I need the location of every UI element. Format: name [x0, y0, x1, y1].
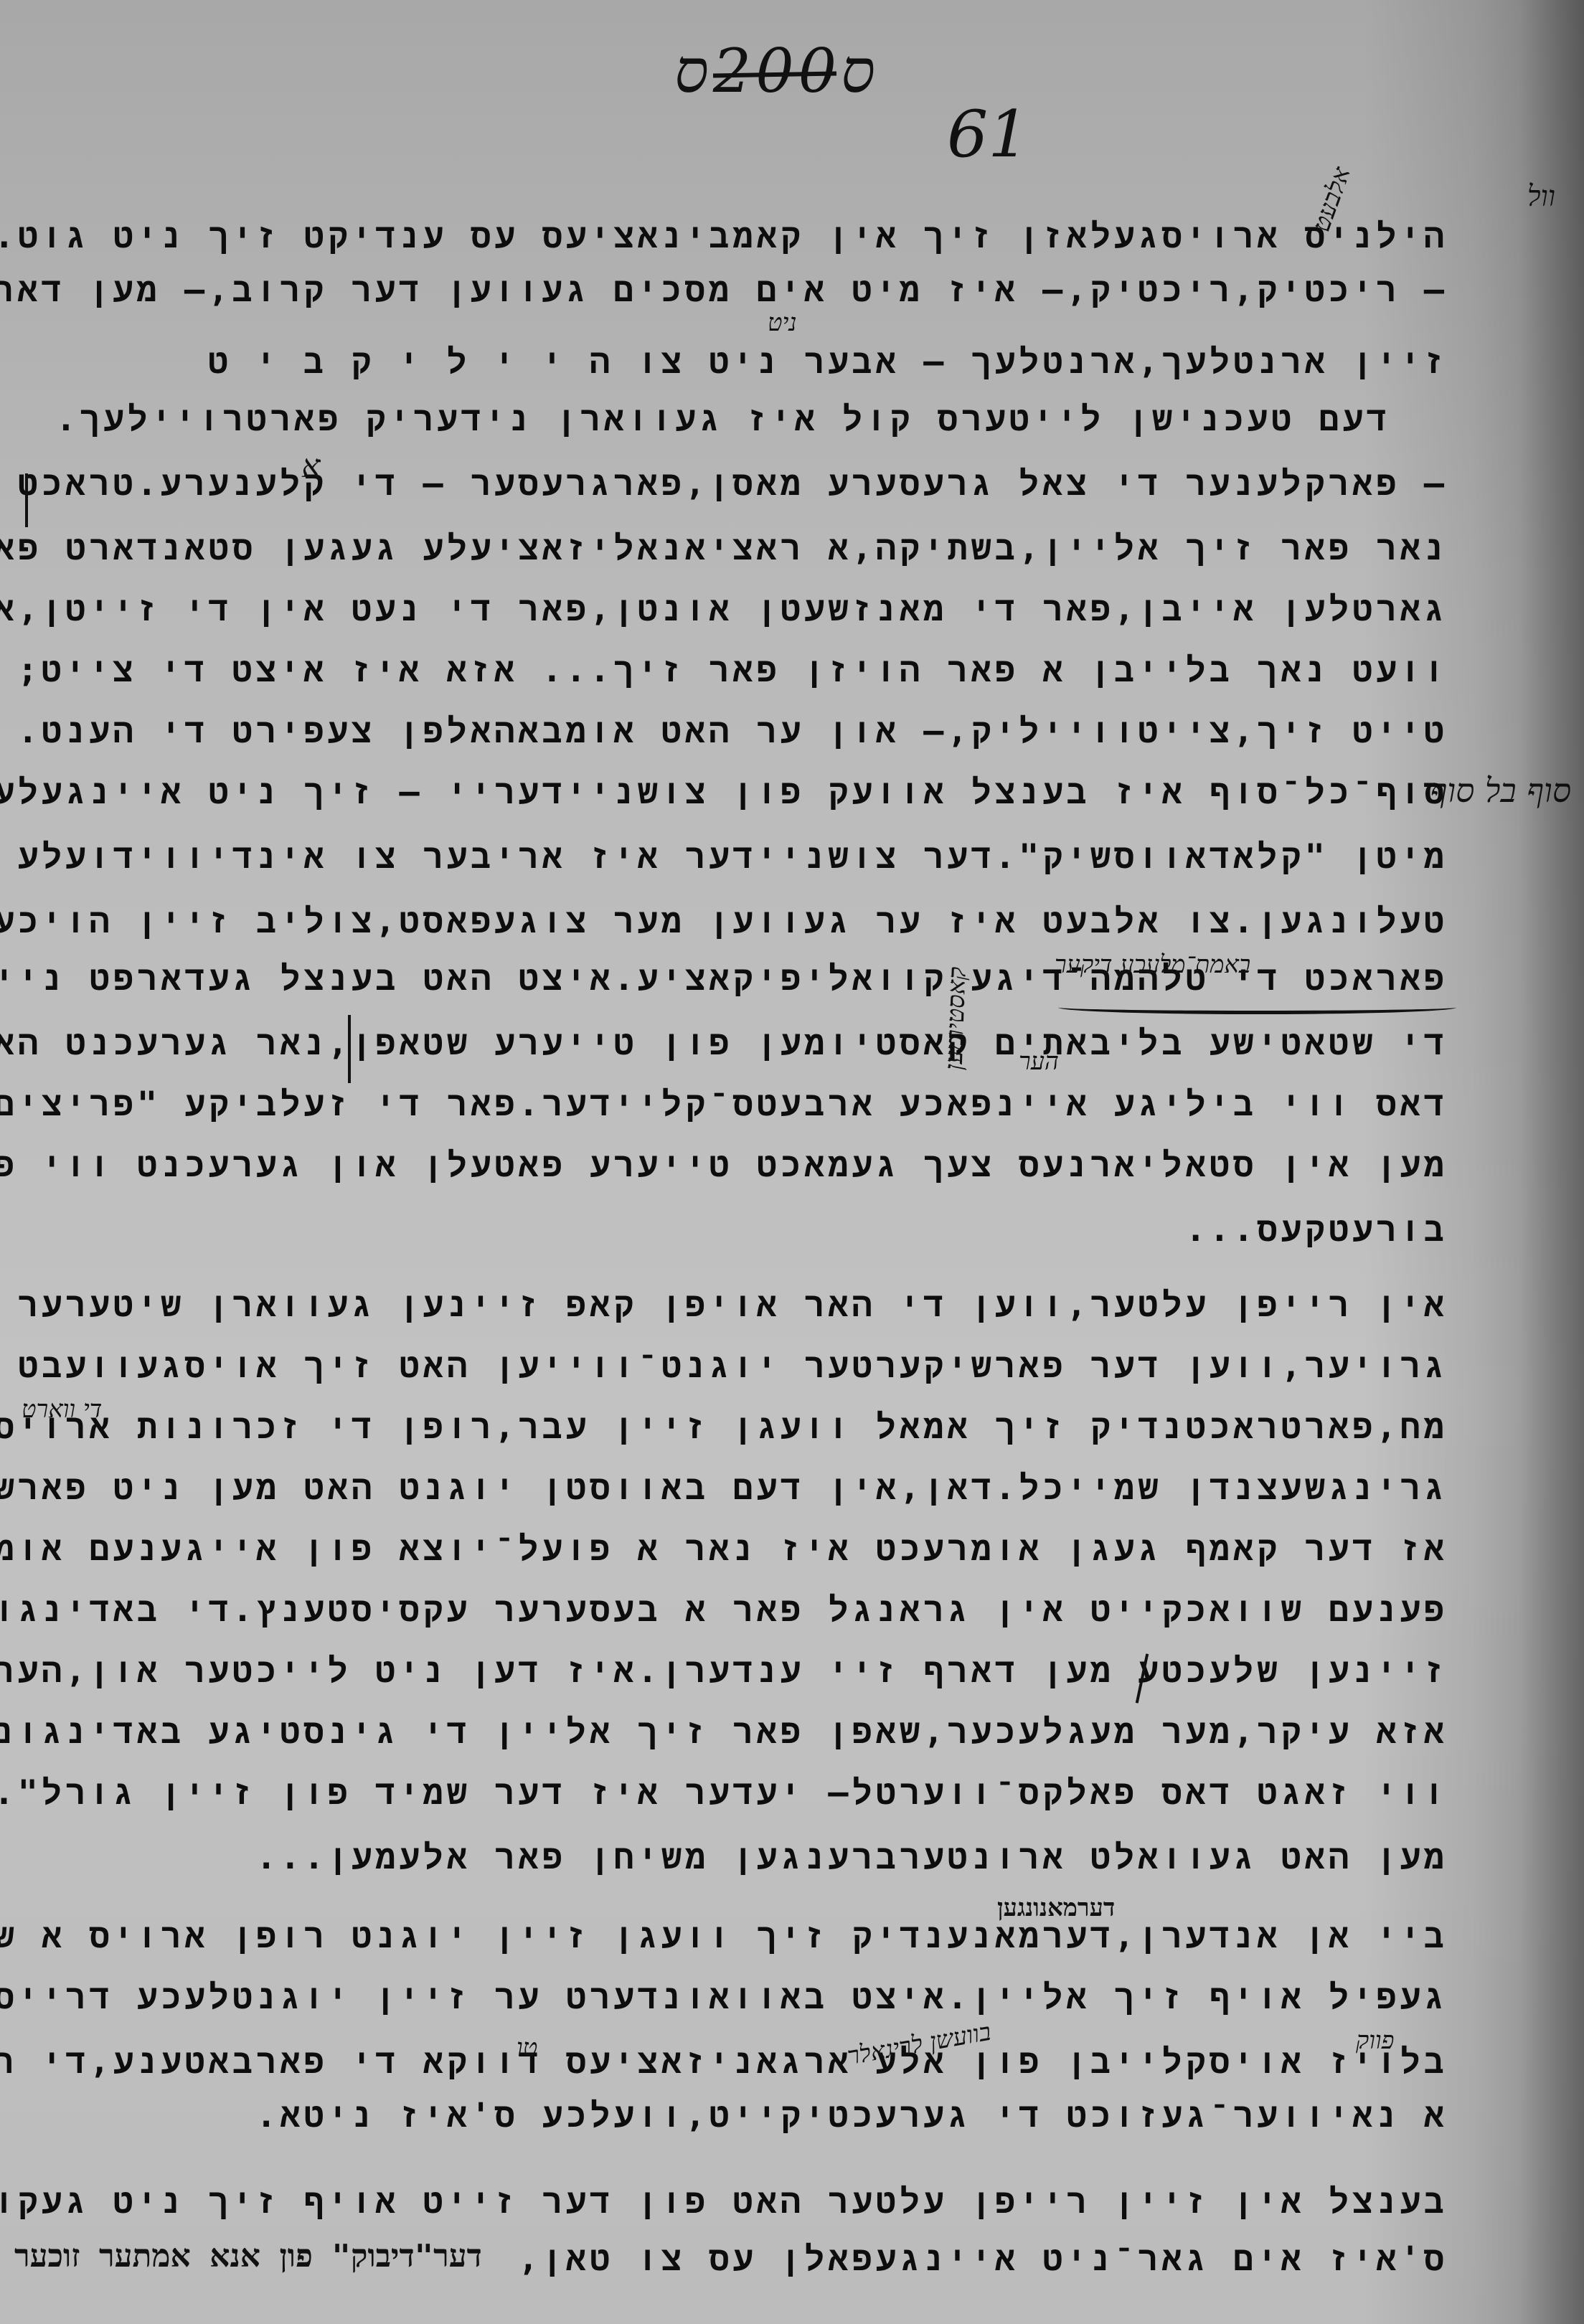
text-line: גרינגשעצנדן שמייכל.דאן,אין דעם באווסטן י…	[0, 1460, 1448, 1517]
text-line: ווי זאגט דאס פאלקס־ווערטל– יעדער איז דער…	[0, 1765, 1448, 1822]
text-line: טעלונגען.צו אלבעט איז ער געווען מער צוגע…	[0, 893, 1448, 950]
text-line: אזא עיקר,מער מעגלעכער,שאפן פאר זיך אליין…	[0, 1704, 1448, 1761]
text-line: וועט נאך בלייבן א פאר הויזן פאר זיך... א…	[0, 642, 1448, 699]
insertion-mark	[25, 473, 28, 527]
handwritten-correction: די ווארט	[22, 1395, 102, 1424]
handwritten-correction: דערמאנונגען	[997, 1894, 1115, 1922]
text-line: געפיל אויף זיך אליין.איצט באוואונדערט ער…	[0, 1969, 1448, 2026]
folio-number: 61	[947, 97, 1029, 172]
text-line: בורעטקעס...	[1185, 1201, 1448, 1259]
handwritten-correction: פווק	[1356, 2026, 1394, 2055]
text-line: אז דער קאמף געגן אומרעכט איז נאר א פועל־…	[0, 1521, 1448, 1578]
handwritten-correction: קאסטיומען	[940, 966, 972, 1070]
text-line: סוף־כל־סוף איז בענצל אוועק פון צושניידער…	[0, 764, 1448, 821]
text-line: ס'איז אים גאר־ניט איינגעפאלן עס צו טאן,	[518, 2231, 1448, 2288]
wavy-underline-mark	[1058, 1001, 1456, 1014]
crossed-out-folio: ס200ס	[674, 36, 880, 107]
text-line: מען האט געוואלט ארונטערברענגען משיחן פאר…	[256, 1829, 1448, 1886]
text-line: – פארקלענער די צאל גרעסערע מאסן,פארגרעסע…	[0, 455, 1448, 513]
text-line: בענצל אין זיין רייפן עלטער האט פון דער ז…	[0, 2173, 1448, 2231]
handwritten-correction: א	[301, 448, 320, 485]
text-line: בלויז אויסקלייבן פון אלע ארגאניזאציעס דו…	[0, 2034, 1448, 2091]
page-edge-shadow	[1519, 0, 1584, 2324]
manuscript-page: ס200ס 61 וול סוף בל סוף הילניס ארויסגעלא…	[0, 0, 1584, 2324]
handwritten-correction: טו	[517, 2034, 537, 2062]
text-line: דאס ווי ביליגע איינפאכע ארבעטס־קליידער.פ…	[0, 1076, 1448, 1133]
text-line: נאר פאר זיך אליין,בשתיקה,א ראציאנאליזאצי…	[0, 520, 1448, 577]
text-line: הילניס ארויסגעלאזן זיך אין קאמבינאציעס ע…	[0, 208, 1448, 265]
text-line: זיין ארנטלעך,ארנטלעך – אבער ניט צו ה י י…	[208, 334, 1448, 391]
crossed-folio-text: ס200ס	[674, 36, 880, 106]
text-line: אין רייפן עלטער,ווען די האר אויפן קאפ זי…	[0, 1277, 1448, 1334]
handwritten-correction: ניט	[768, 308, 797, 337]
text-line: מען אין סטאליארנעס צעך געמאכט טייערע פאט…	[0, 1137, 1448, 1194]
text-line: ביי אן אנדערן,דערמאנענדיק זיך וועגן זיין…	[0, 1908, 1448, 1965]
text-line: – ריכטיק,ריכטיק,– איז מיט אים מסכים געוו…	[0, 262, 1448, 319]
text-line: גארטלען אייבן,פאר די מאנזשעטן אונטן,פאר …	[0, 581, 1448, 638]
text-line: טייט זיך,צייטווייליק,– און ער האט אומבאה…	[18, 703, 1448, 760]
text-line: א נאיווער־געזוכט די גערעכטיקייט,וועלכע ס…	[256, 2087, 1448, 2145]
handwritten-correction: באמת־מלעכע דיקער	[1055, 950, 1250, 979]
insertion-mark	[348, 1015, 351, 1083]
text-line: זיינען שלעכטע מען דארף זיי ענדערן.איז דע…	[0, 1643, 1448, 1700]
text-line: דעם טעכנישן לייטערס קול איז געווארן נידע…	[56, 391, 1390, 448]
text-line: גרויער,ווען דער פארשיקערטער יוגנט־ווייען…	[0, 1338, 1448, 1395]
text-line: מח,פארטראכטנדיק זיך אמאל וועגן זיין עבר,…	[0, 1399, 1448, 1456]
text-line: פענעם שוואכקייט אין גראנגל פאר א בעסערער…	[0, 1582, 1448, 1639]
text-line: מיטן "קלאדאווסשיק".דער צושניידער איז ארי…	[0, 828, 1448, 886]
text-line: די שטאטישע בליבאתים קאסטיומען פון טייערע…	[0, 1015, 1448, 1072]
handwritten-correction: דער"דיבוק" פון אנא אמתער זוכער	[14, 2238, 482, 2275]
handwritten-correction: הער	[1019, 1047, 1059, 1076]
